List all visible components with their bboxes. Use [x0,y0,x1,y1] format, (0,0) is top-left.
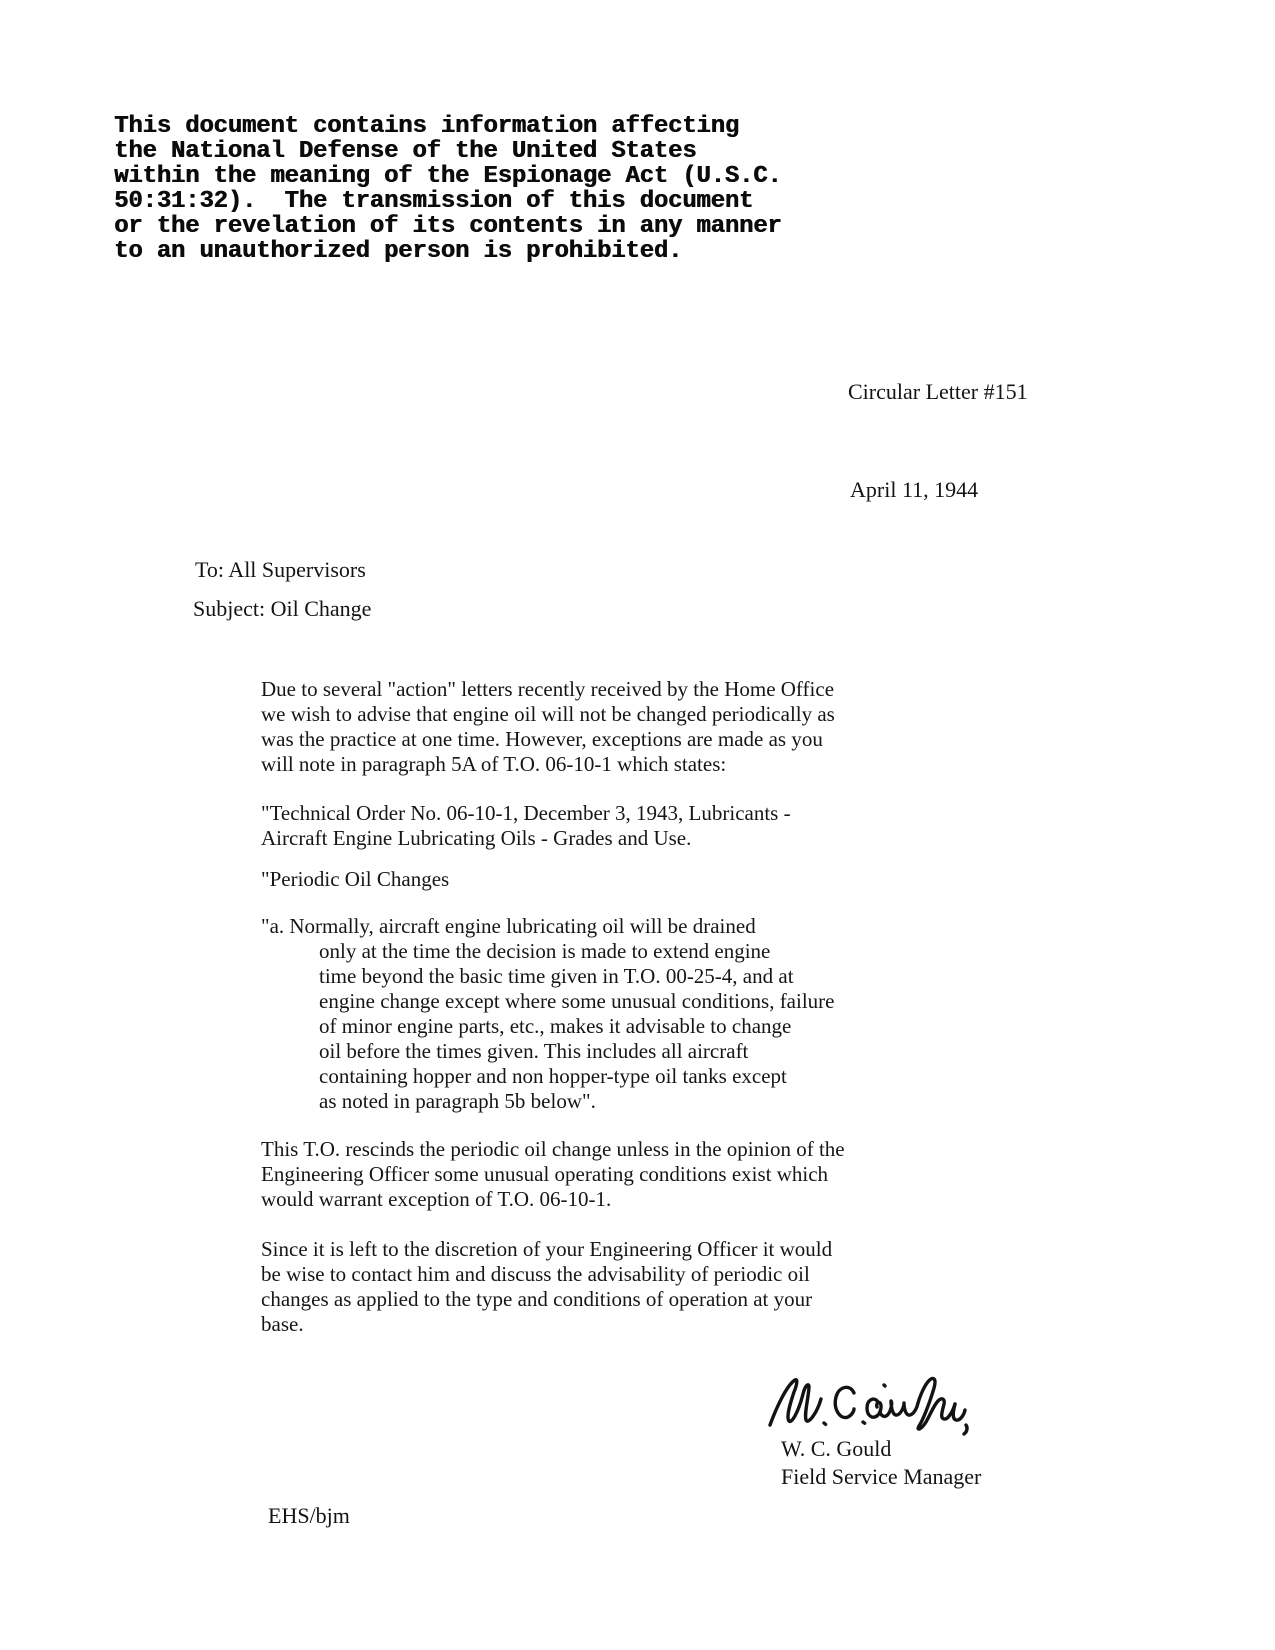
document-page: This document contains information affec… [0,0,1275,1650]
text-line: only at the time the decision is made to… [261,939,834,964]
text-line: "Technical Order No. 06-10-1, December 3… [261,801,791,826]
text-line: will note in paragraph 5A of T.O. 06-10-… [261,752,835,777]
signature-image [766,1372,986,1440]
text-line: containing hopper and non hopper-type oi… [261,1064,834,1089]
text-line: This T.O. rescinds the periodic oil chan… [261,1137,845,1162]
text-line: changes as applied to the type and condi… [261,1287,832,1312]
body-paragraph-4: "a. Normally, aircraft engine lubricatin… [261,914,834,1114]
circular-letter-number: Circular Letter #151 [848,379,1028,405]
body-paragraph-6: Since it is left to the discretion of yo… [261,1237,832,1337]
text-line: would warrant exception of T.O. 06-10-1. [261,1187,845,1212]
to-line: To: All Supervisors [195,557,366,583]
subject-line: Subject: Oil Change [193,596,371,622]
text-line: Since it is left to the discretion of yo… [261,1237,832,1262]
text-line: we wish to advise that engine oil will n… [261,702,835,727]
text-line: was the practice at one time. However, e… [261,727,835,752]
text-line: to an unauthorized person is prohibited. [114,239,782,264]
text-line: within the meaning of the Espionage Act … [114,164,782,189]
body-paragraph-5: This T.O. rescinds the periodic oil chan… [261,1137,845,1212]
text-line: the National Defense of the United State… [114,139,782,164]
text-line: oil before the times given. This include… [261,1039,834,1064]
body-paragraph-1: Due to several "action" letters recently… [261,677,835,777]
typist-initials: EHS/bjm [268,1503,350,1529]
text-line: "a. Normally, aircraft engine lubricatin… [261,914,834,939]
body-paragraph-2: "Technical Order No. 06-10-1, December 3… [261,801,791,851]
text-line: Engineering Officer some unusual operati… [261,1162,845,1187]
text-line: "Periodic Oil Changes [261,867,449,892]
text-line: Due to several "action" letters recently… [261,677,835,702]
text-line: Aircraft Engine Lubricating Oils - Grade… [261,826,791,851]
date-line: April 11, 1944 [850,477,978,503]
signer-title: Field Service Manager [781,1464,981,1490]
text-line: engine change except where some unusual … [261,989,834,1014]
text-line: This document contains information affec… [114,114,782,139]
signer-name: W. C. Gould [781,1436,891,1462]
security-notice: This document contains information affec… [114,114,782,264]
text-line: time beyond the basic time given in T.O.… [261,964,834,989]
text-line: as noted in paragraph 5b below". [261,1089,834,1114]
text-line: of minor engine parts, etc., makes it ad… [261,1014,834,1039]
text-line: base. [261,1312,832,1337]
text-line: be wise to contact him and discuss the a… [261,1262,832,1287]
text-line: or the revelation of its contents in any… [114,214,782,239]
body-paragraph-3: "Periodic Oil Changes [261,867,449,892]
text-line: 50:31:32). The transmission of this docu… [114,189,782,214]
